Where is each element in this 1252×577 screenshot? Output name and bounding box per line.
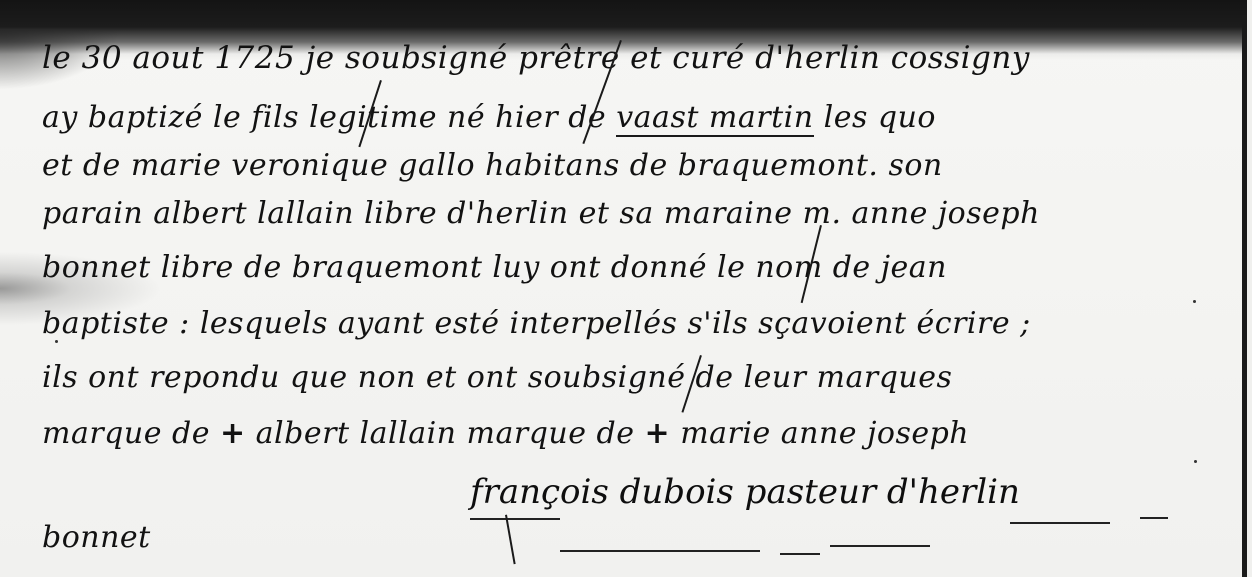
signature-flourish: [470, 518, 560, 520]
paper-speck: [55, 340, 58, 343]
entry-date-text: le 30 aout 1725 je: [42, 40, 345, 76]
signature-stroke: [505, 515, 516, 565]
entry-line-7: ils ont repondu que non et ont soubsigné…: [42, 360, 952, 395]
closing-dash: [1010, 522, 1110, 524]
entry-line-6: baptiste : lesquels ayant esté interpell…: [42, 306, 1031, 341]
entry-line-3: et de marie veronique gallo habitans de …: [42, 148, 943, 183]
page-edge: [1247, 0, 1252, 577]
register-page: le 30 aout 1725 je soubsigné prêtre et c…: [0, 0, 1252, 577]
closing-dash: [1140, 517, 1168, 519]
father-name: vaast martin: [616, 100, 813, 137]
entry-line-1: le 30 aout 1725 je soubsigné prêtre et c…: [42, 40, 1030, 76]
paper-speck: [1194, 460, 1197, 463]
entry-line-4: parain albert lallain libre d'herlin et …: [42, 196, 1040, 231]
cross-mark-icon: +: [645, 416, 671, 451]
closing-dash: [560, 550, 760, 552]
entry-line-2: ay baptizé le fils legitime né hier de v…: [42, 100, 936, 135]
paper-speck: [1193, 300, 1196, 303]
cross-mark-icon: +: [220, 416, 246, 451]
closing-dash: [780, 553, 820, 555]
priest-signature: françois dubois pasteur d'herlin: [470, 472, 1020, 512]
closing-dash: [830, 545, 930, 547]
entry-line-8: marque de + albert lallain marque de + m…: [42, 416, 969, 451]
entry-line-10: bonnet: [42, 520, 151, 555]
